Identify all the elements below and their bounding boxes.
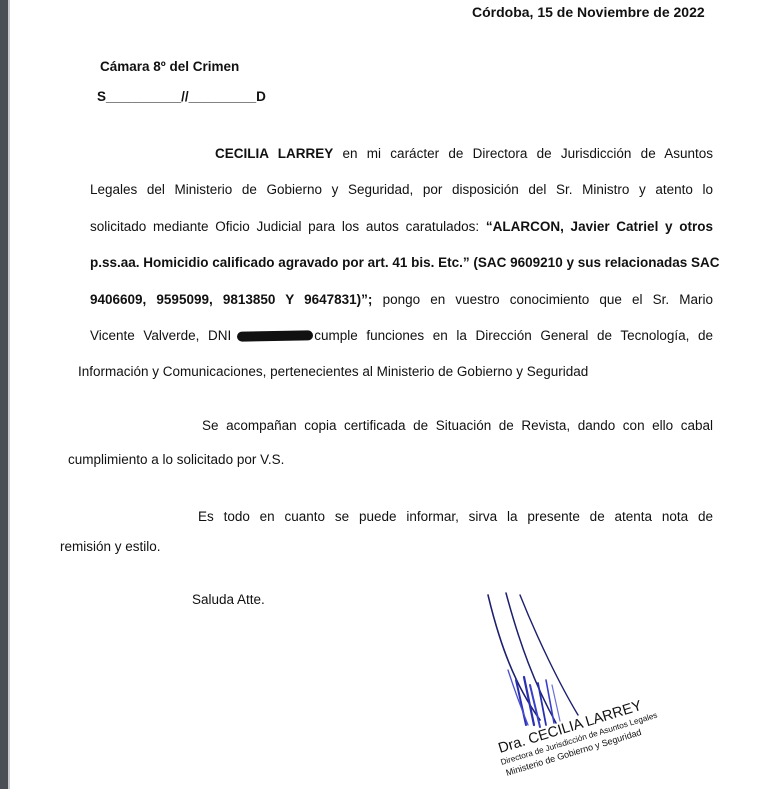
- paragraph1-line5-text: pongo en vuestro conocimiento que el Sr.…: [383, 292, 713, 307]
- paragraph1-line4: p.ss.aa. Homicidio calificado agravado p…: [90, 255, 713, 270]
- paragraph3-line1: Es todo en cuanto se puede informar, sir…: [198, 509, 713, 524]
- reference-line: S__________//_________D: [97, 89, 266, 104]
- paragraph1-line3-text: solicitado mediante Oficio Judicial para…: [90, 219, 479, 234]
- paragraph1-line3: solicitado mediante Oficio Judicial para…: [90, 219, 713, 234]
- paragraph1-line2: Legales del Ministerio de Gobierno y Seg…: [90, 182, 713, 197]
- paragraph2-line1: Se acompañan copia certificada de Situac…: [202, 418, 713, 433]
- paragraph2-line2: cumplimiento a lo solicitado por V.S.: [68, 452, 284, 467]
- case-charge: p.ss.aa. Homicidio calificado agravado p…: [90, 255, 470, 270]
- paragraph1-line7: Información y Comunicaciones, pertenecie…: [78, 364, 588, 379]
- paragraph1-line1-text: en mi carácter de Directora de Jurisdicc…: [343, 146, 713, 161]
- closing: Saluda Atte.: [192, 592, 265, 607]
- paragraph1-line1: CECILIA LARREY en mi carácter de Directo…: [215, 146, 713, 161]
- signature-block: Dra. CECILIA LARREY Directora de Jurisdi…: [460, 585, 720, 785]
- document-page: Córdoba, 15 de Noviembre de 2022 Cámara …: [10, 0, 760, 789]
- paragraph1-line6-post: cumple funciones en la Dirección General…: [314, 328, 713, 343]
- related-sac-numbers: 9406609, 9595099, 9813850 Y 9647831)”;: [90, 292, 372, 307]
- paragraph1-line5: 9406609, 9595099, 9813850 Y 9647831)”; p…: [90, 292, 713, 307]
- paragraph3-line2: remisión y estilo.: [60, 539, 161, 554]
- redacted-dni: [237, 331, 313, 342]
- case-title: “ALARCON, Javier Catriel y otros: [486, 219, 713, 234]
- signature-icon: Dra. CECILIA LARREY Directora de Jurisdi…: [460, 585, 720, 785]
- paragraph1-line6-pre: Vicente Valverde, DNI: [90, 328, 231, 343]
- recipient-court: Cámara 8º del Crimen: [100, 59, 239, 74]
- case-sac: (SAC 9609210 y sus relacionadas SAC: [473, 255, 719, 270]
- paragraph1-line6: Vicente Valverde, DNIcumple funciones en…: [90, 328, 713, 343]
- document-date: Córdoba, 15 de Noviembre de 2022: [472, 4, 705, 20]
- author-name: CECILIA LARREY: [215, 146, 333, 161]
- viewer-edge: [0, 0, 8, 789]
